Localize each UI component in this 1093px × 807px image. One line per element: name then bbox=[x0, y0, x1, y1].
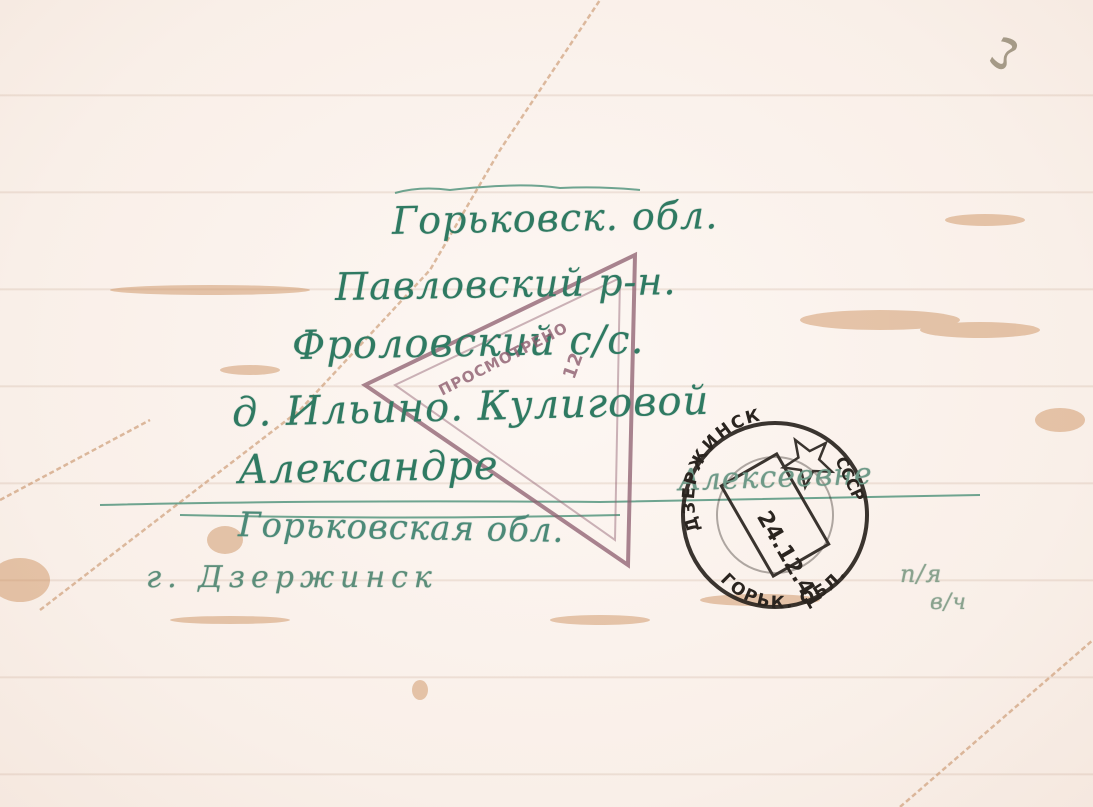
svg-text:ДЗЕРЖИНСК: ДЗЕРЖИНСК bbox=[679, 405, 764, 534]
postmark-country: СССР bbox=[831, 454, 868, 505]
postmark-text-layer: ДЗЕРЖИНСК ГОРЬК. ОБЛ. 24.12.41 СССР bbox=[0, 0, 1093, 807]
postmark-city: ДЗЕРЖИНСК bbox=[679, 405, 764, 534]
